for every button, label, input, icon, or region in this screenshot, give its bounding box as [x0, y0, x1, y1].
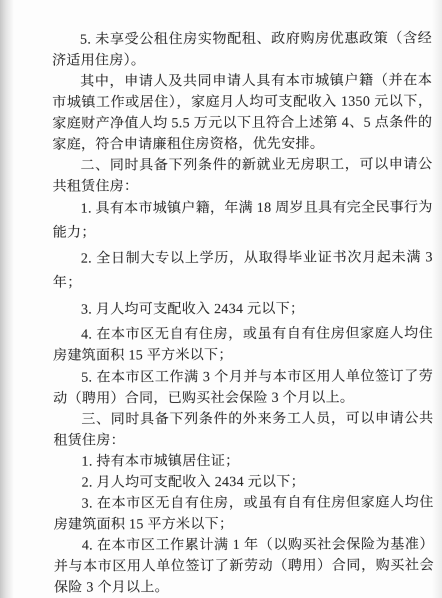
paragraph-clause-1-note: 其中，申请人及共同申请人具有本市城镇户籍（并在本市城镇工作或居住），家庭月人均可…	[52, 70, 432, 155]
scan-edge-shadow-left	[0, 0, 14, 598]
paragraph-section-2-item5: 5. 在本市区工作满 3 个月并与本市区用人单位签订了劳动（聘用）合同，已购买社…	[53, 366, 433, 409]
paragraph-section-2-item3: 3. 月人均可支配收入 2434 元以下；	[53, 298, 433, 320]
paragraph-section-3-heading: 三、同时具备下列条件的外来务工人员，可以申请公共租赁住房：	[53, 408, 433, 451]
paragraph-section-2-heading: 二、同时具备下列条件的新就业无房职工，可以申请公共租赁住房：	[52, 154, 432, 197]
paragraph-clause-1-item5: 5. 未享受公租住房实物配租、政府购房优惠政策（含经济适用住房）。	[52, 28, 432, 71]
document-text-block: 5. 未享受公租住房实物配租、政府购房优惠政策（含经济适用住房）。 其中，申请人…	[52, 28, 434, 598]
paragraph-section-3-item3: 3. 在本市区无自有住房，或虽有自有住房但家庭人均住房建筑面积 15 平方米以下…	[54, 492, 434, 535]
paragraph-section-3-item1: 1. 持有本市城镇居住证；	[53, 450, 433, 472]
paragraph-section-3-item4: 4. 在本市区工作累计满 1 年（以购买社会保险为基准）并与本市区用人单位签订了…	[54, 534, 434, 598]
paragraph-section-2-item4: 4. 在本市区无自有住房，或虽有自有住房但家庭人均住房建筑面积 15 平方米以下…	[53, 323, 433, 366]
paragraph-section-2-item2: 2. 全日制大专以上学历，从取得毕业证书次月起未满 3 年；	[53, 246, 433, 294]
document-page: 5. 未享受公租住房实物配租、政府购房优惠政策（含经济适用住房）。 其中，申请人…	[0, 0, 442, 598]
paragraph-section-3-item2: 2. 月人均可支配收入 2434 元以下；	[54, 471, 434, 493]
paragraph-section-2-item1: 1. 具有本市城镇户籍，年满 18 周岁且具有完全民事行为能力；	[53, 196, 433, 244]
